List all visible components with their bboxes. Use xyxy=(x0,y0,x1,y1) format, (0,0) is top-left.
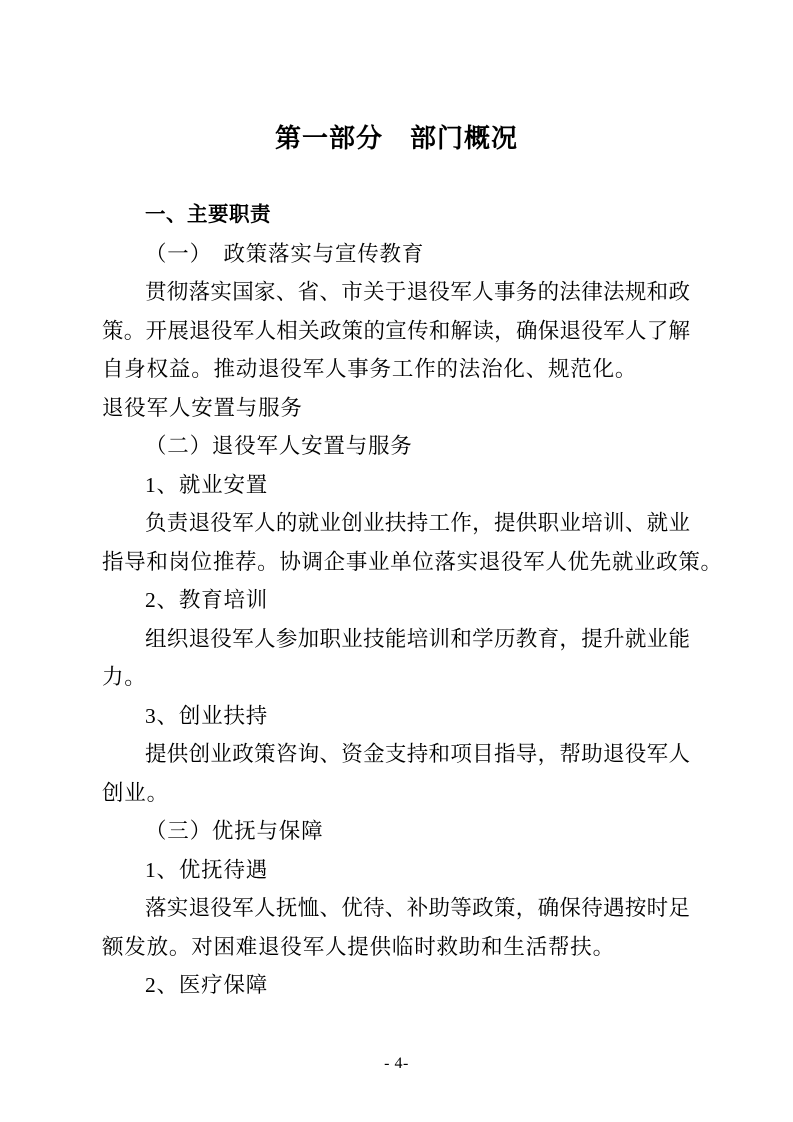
document-title: 第一部分 部门概况 xyxy=(0,119,793,157)
paragraph-line: 额发放。对困难退役军人提供临时救助和生活帮扶。 xyxy=(102,928,690,967)
paragraph-line: 力。 xyxy=(102,658,690,697)
document-page: 第一部分 部门概况 一、主要职责 （一） 政策落实与宣传教育 贯彻落实国家、省、… xyxy=(0,0,793,1122)
numbered-heading: 3、创业扶持 xyxy=(102,697,690,736)
page-number: - 4- xyxy=(0,1053,793,1075)
section-heading: 一、主要职责 xyxy=(102,196,690,235)
subheading-1: （一） 政策落实与宣传教育 xyxy=(102,235,690,274)
paragraph-line: 负责退役军人的就业创业扶持工作，提供职业培训、就业 xyxy=(102,504,690,543)
paragraph-line: 组织退役军人参加职业技能培训和学历教育，提升就业能 xyxy=(102,620,690,659)
subheading-2: （二）退役军人安置与服务 xyxy=(102,427,690,466)
orphan-line: 退役军人安置与服务 xyxy=(102,389,690,428)
numbered-heading: 1、就业安置 xyxy=(102,466,690,505)
numbered-heading: 2、教育培训 xyxy=(102,581,690,620)
paragraph-line: 指导和岗位推荐。协调企事业单位落实退役军人优先就业政策。 xyxy=(102,543,722,582)
numbered-heading: 2、医疗保障 xyxy=(102,966,690,1005)
numbered-heading: 1、优抚待遇 xyxy=(102,851,690,890)
subheading-3: （三）优抚与保障 xyxy=(102,812,690,851)
document-body: 一、主要职责 （一） 政策落实与宣传教育 贯彻落实国家、省、市关于退役军人事务的… xyxy=(102,196,690,1005)
paragraph-line: 自身权益。推动退役军人事务工作的法治化、规范化。 xyxy=(102,350,690,389)
paragraph-line: 创业。 xyxy=(102,774,690,813)
paragraph-line: 策。开展退役军人相关政策的宣传和解读，确保退役军人了解 xyxy=(102,312,690,351)
paragraph-line: 落实退役军人抚恤、优待、补助等政策，确保待遇按时足 xyxy=(102,889,690,928)
paragraph-line: 贯彻落实国家、省、市关于退役军人事务的法律法规和政 xyxy=(102,273,690,312)
paragraph-line: 提供创业政策咨询、资金支持和项目指导，帮助退役军人 xyxy=(102,735,690,774)
